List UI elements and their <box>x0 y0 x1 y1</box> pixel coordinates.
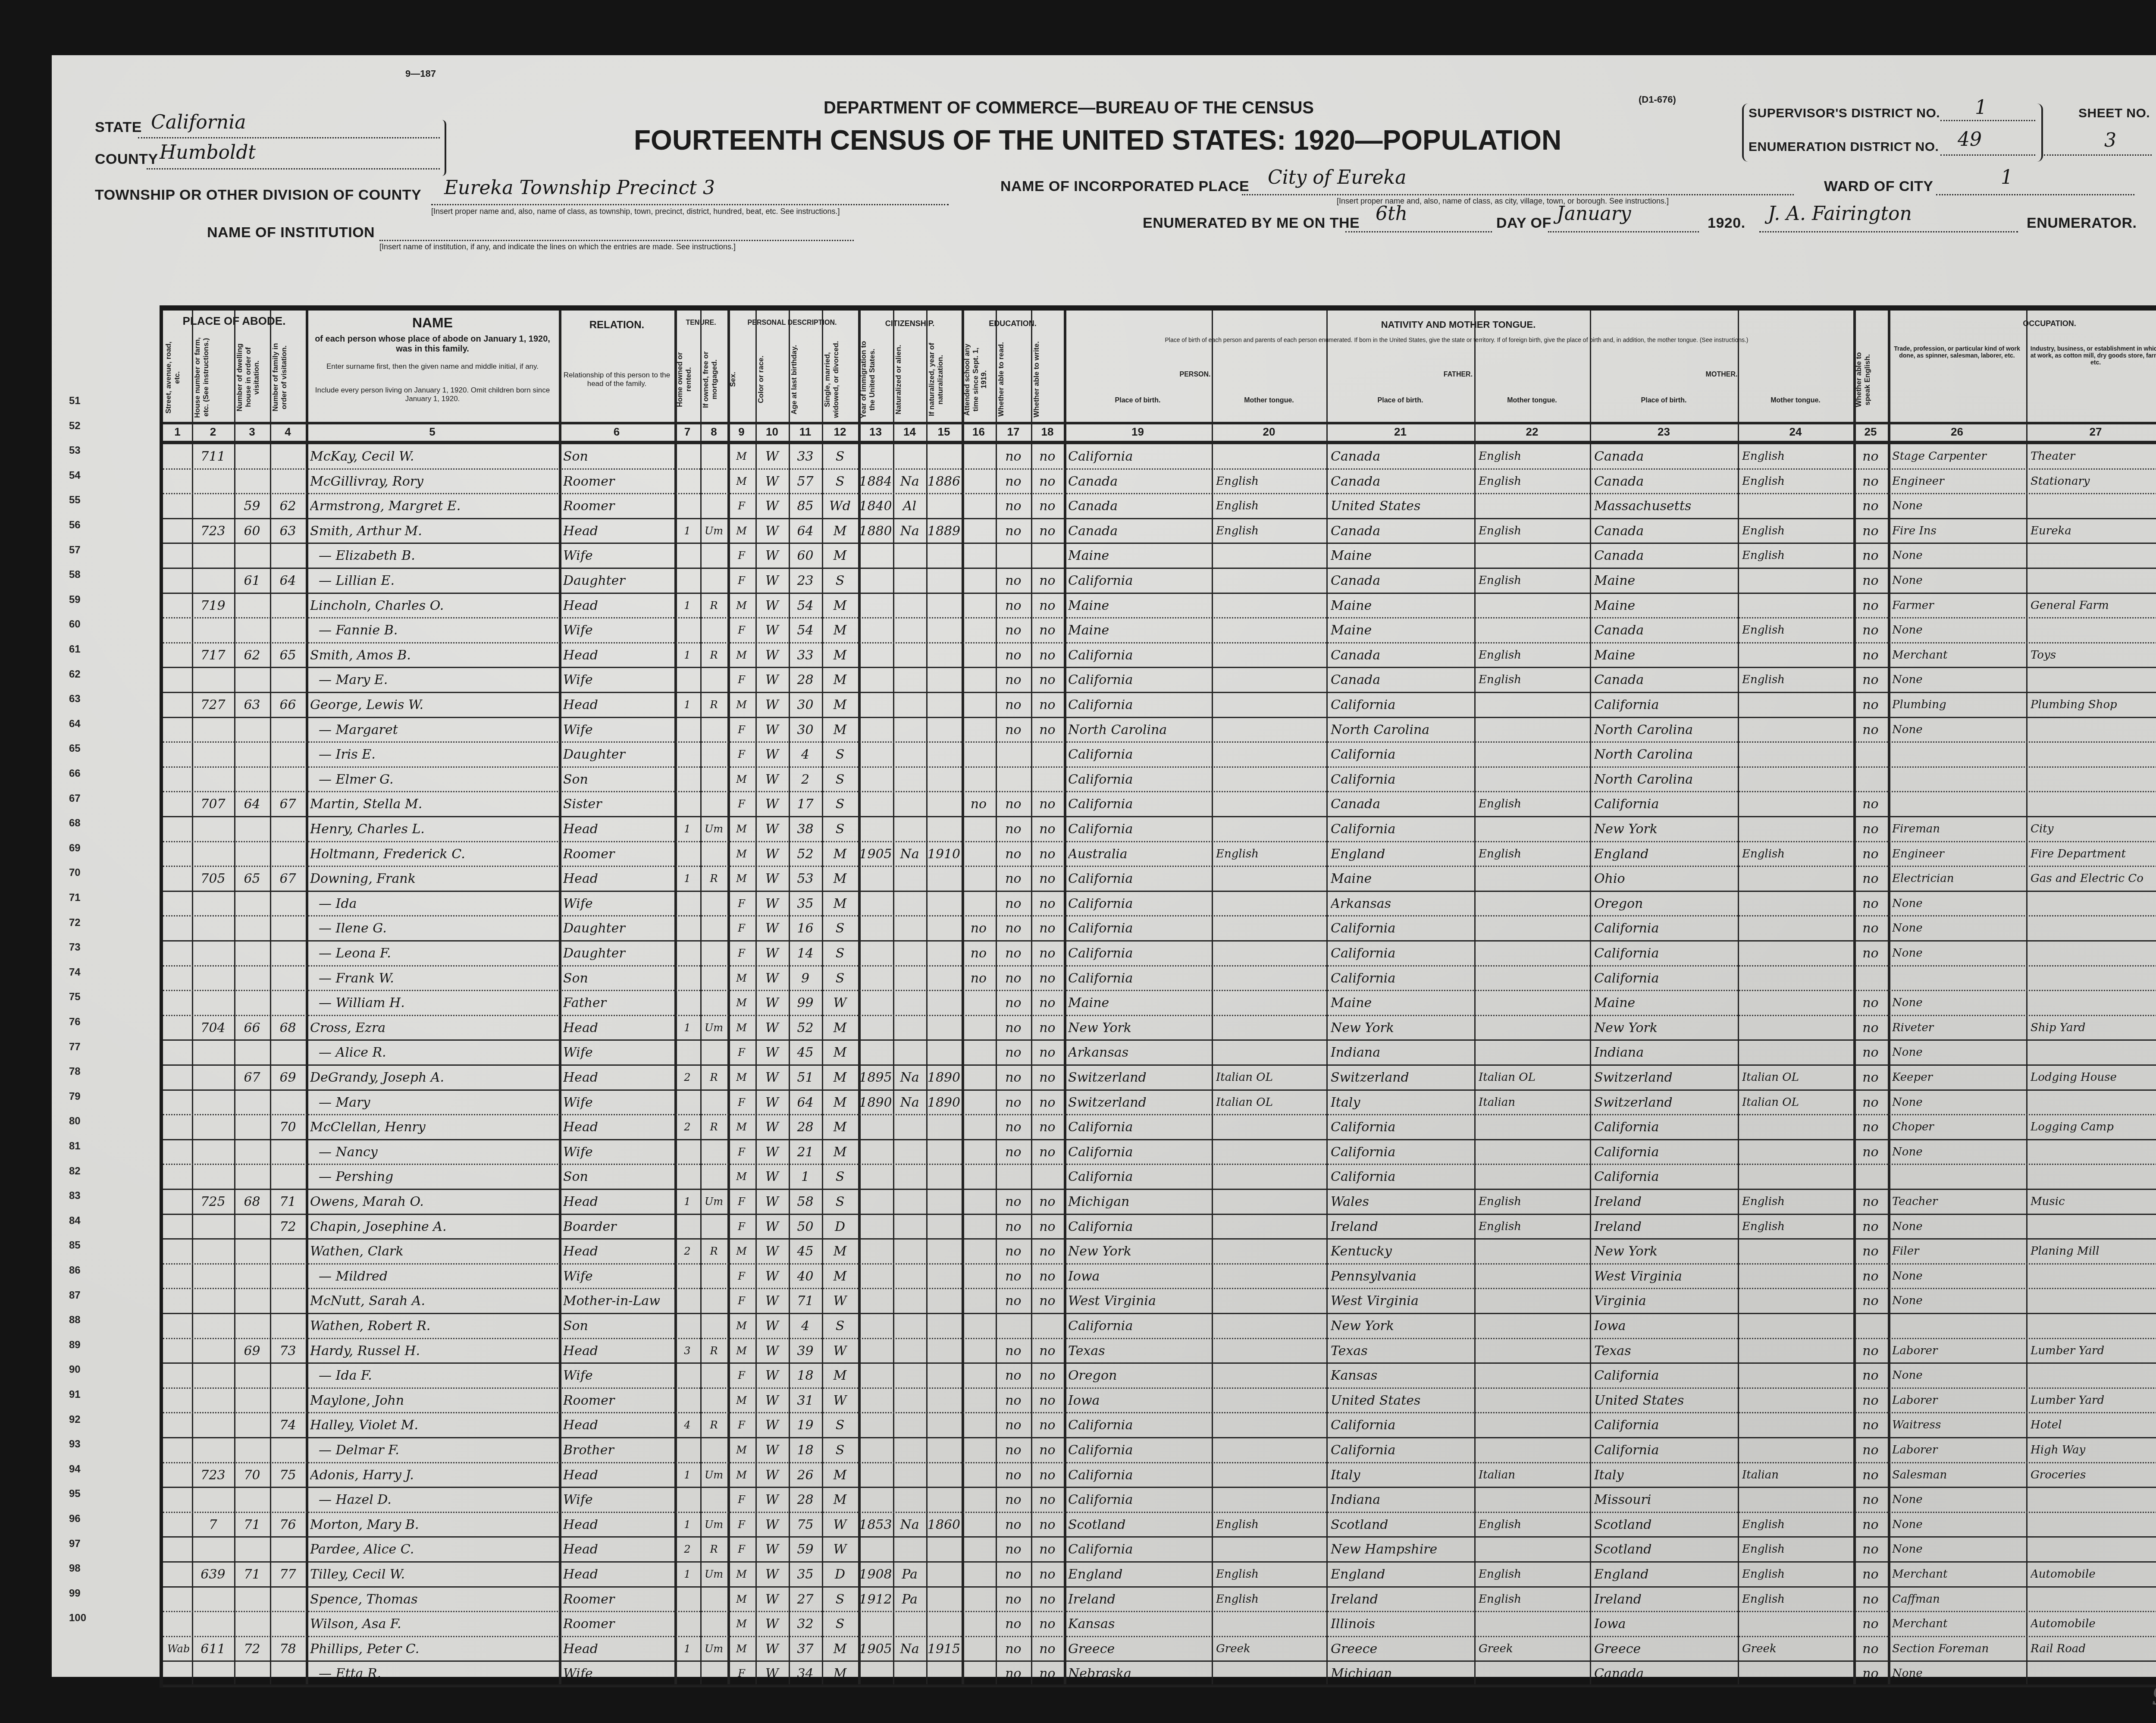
cell-dwelling: 68 <box>234 1189 270 1214</box>
cell-owned: 1 <box>674 1513 700 1537</box>
cell-trade: Teacher <box>1892 1189 2024 1214</box>
cell-race: W <box>755 1587 789 1612</box>
cell-read: no <box>996 1513 1031 1537</box>
cell-age: 30 <box>789 693 822 717</box>
cell-name: — Iris E. <box>310 742 566 767</box>
cell-family: 72 <box>270 1215 306 1239</box>
month-line <box>1548 231 1699 232</box>
cell-dwelling: 71 <box>234 1562 270 1587</box>
cell-m-tongue: English <box>1742 1587 1852 1612</box>
cell-f-pob: Texas <box>1331 1339 1473 1363</box>
cell-age: 4 <box>789 742 822 767</box>
cell-read: no <box>996 916 1031 941</box>
cell-natyear: 1889 <box>926 519 962 543</box>
cell-relation: Roomer <box>563 1388 673 1413</box>
cell-m-tongue: English <box>1742 444 1852 469</box>
cell-race: W <box>755 1488 789 1512</box>
cell-name: — Ida <box>310 891 566 916</box>
cell-read: no <box>996 1016 1031 1040</box>
cell-m-pob: West Virginia <box>1594 1264 1736 1289</box>
department-heading: DEPARTMENT OF COMMERCE—BUREAU OF THE CEN… <box>824 98 1314 118</box>
line-number-left: 93 <box>69 1438 81 1450</box>
cell-m-tongue: English <box>1742 519 1852 543</box>
cell-m-tongue: Italian OL <box>1742 1090 1852 1115</box>
cell-m-pob: Iowa <box>1594 1612 1736 1636</box>
cell-sex: F <box>727 1189 755 1214</box>
cell-relation: Daughter <box>563 568 673 593</box>
cell-industry: Logging Camp <box>2031 1115 2156 1139</box>
cell-m-pob: Ohio <box>1594 866 1736 891</box>
cell-trade: Laborer <box>1892 1388 2024 1413</box>
cell-relation: Wife <box>563 618 673 643</box>
cell-trade: Farmer <box>1892 593 2024 618</box>
cell-write: no <box>1031 1587 1064 1612</box>
cell-write: no <box>1031 891 1064 916</box>
cell-write: no <box>1031 792 1064 816</box>
cell-read: no <box>996 866 1031 891</box>
supervisor-label: SUPERVISOR'S DISTRICT NO. <box>1749 106 1940 121</box>
table-row: — Delmar F.BrotherMW18SnonoCaliforniaCal… <box>163 1438 2156 1463</box>
cell-marital: S <box>822 1314 858 1338</box>
cell-name: McNutt, Sarah A. <box>310 1289 557 1313</box>
cell-name: — Alice R. <box>310 1040 566 1065</box>
cell-house: 611 <box>192 1637 234 1661</box>
cell-f-pob: Maine <box>1331 593 1473 618</box>
cell-write: no <box>1031 1413 1064 1437</box>
cell-name: Martin, Stella M. <box>310 792 557 816</box>
cell-m-tongue: English <box>1742 1513 1852 1537</box>
cell-race: W <box>755 668 789 692</box>
cell-relation: Head <box>563 1115 673 1139</box>
cell-age: 54 <box>789 618 822 643</box>
cell-owned: 1 <box>674 643 700 668</box>
cell-pob: Maine <box>1068 991 1210 1015</box>
cell-marital: S <box>822 941 858 966</box>
cell-relation: Mother-in-Law <box>563 1289 673 1313</box>
cell-age: 4 <box>789 1314 822 1338</box>
cell-read: no <box>996 1140 1031 1164</box>
column-number: 27 <box>2026 425 2156 439</box>
cell-mortgage: Um <box>700 519 727 543</box>
cell-m-tongue: English <box>1742 668 1852 692</box>
cell-pob: California <box>1068 1537 1210 1562</box>
cell-read: no <box>996 668 1031 692</box>
cell-name: — Fannie B. <box>310 618 566 643</box>
cell-pob: Maine <box>1068 618 1210 643</box>
cell-read: no <box>996 1488 1031 1512</box>
cell-industry: Groceries <box>2031 1463 2156 1488</box>
cell-name: — Frank W. <box>310 966 566 991</box>
institution-hint: [Insert name of institution, if any, and… <box>379 242 940 251</box>
cell-f-pob: England <box>1331 1562 1473 1587</box>
cell-marital: S <box>822 767 858 792</box>
line-number-left: 61 <box>69 643 81 656</box>
cell-relation: Wife <box>563 1090 673 1115</box>
cell-name: Smith, Arthur M. <box>310 519 557 543</box>
cell-relation: Boarder <box>563 1215 673 1239</box>
township-value: Eureka Township Precinct 3 <box>444 177 715 199</box>
cell-english: no <box>1853 916 1888 941</box>
cell-write: no <box>1031 1463 1064 1488</box>
cell-trade: None <box>1892 1661 2024 1686</box>
cell-m-pob: North Carolina <box>1594 742 1736 767</box>
cell-sex: M <box>727 1463 755 1488</box>
cell-age: 26 <box>789 1463 822 1488</box>
line-number-left: 85 <box>69 1240 81 1252</box>
cell-race: W <box>755 842 789 866</box>
cell-marital: W <box>822 1339 858 1363</box>
cell-read: no <box>996 643 1031 668</box>
state-value: California <box>151 111 246 133</box>
table-row: 72Chapin, Josephine A.BoarderFW50DnonoCa… <box>163 1215 2156 1240</box>
cell-tongue: English <box>1216 494 1325 518</box>
cell-relation: Head <box>563 519 673 543</box>
cell-marital: M <box>822 1040 858 1065</box>
cell-owned: 1 <box>674 1463 700 1488</box>
township-hint: [Insert proper name and, also, name of c… <box>431 207 949 216</box>
cell-tongue: English <box>1216 1562 1325 1587</box>
cell-trade: None <box>1892 1264 2024 1289</box>
supervisor-line <box>1940 120 2035 121</box>
line-number-left: 58 <box>69 569 81 581</box>
cell-read: no <box>996 1537 1031 1562</box>
cell-family: 73 <box>270 1339 306 1363</box>
cell-read: no <box>996 693 1031 717</box>
column-number: 2 <box>192 425 234 439</box>
cell-relation: Head <box>563 866 673 891</box>
cell-age: 2 <box>789 767 822 792</box>
cell-relation: Son <box>563 1314 673 1338</box>
cell-race: W <box>755 1065 789 1090</box>
cell-write: no <box>1031 1189 1064 1214</box>
county-value: Humboldt <box>160 141 256 163</box>
cell-age: 14 <box>789 941 822 966</box>
cell-marital: M <box>822 593 858 618</box>
cell-f-tongue: English <box>1479 1513 1588 1537</box>
cell-relation: Head <box>563 1562 673 1587</box>
cell-m-pob: Canada <box>1594 668 1736 692</box>
cell-pob: California <box>1068 792 1210 816</box>
cell-industry: Planing Mill <box>2031 1239 2156 1264</box>
line-number-left: 63 <box>69 693 81 705</box>
cell-m-pob: California <box>1594 1363 1736 1388</box>
cell-write: no <box>1031 1115 1064 1139</box>
cell-nat: Na <box>893 842 926 866</box>
line-number-left: 79 <box>69 1091 81 1103</box>
cell-f-pob: Kentucky <box>1331 1239 1473 1264</box>
cell-m-tongue: English <box>1742 1215 1852 1239</box>
cell-f-tongue: Italian <box>1479 1090 1588 1115</box>
cell-sex: F <box>727 543 755 568</box>
cell-family: 78 <box>270 1637 306 1661</box>
line-number-left: 70 <box>69 867 81 879</box>
cell-race: W <box>755 1463 789 1488</box>
township-label: TOWNSHIP OR OTHER DIVISION OF COUNTY <box>95 187 421 204</box>
cell-age: 58 <box>789 1189 822 1214</box>
cell-m-tongue: English <box>1742 543 1852 568</box>
cell-f-pob: Michigan <box>1331 1661 1473 1686</box>
cell-read: no <box>996 1189 1031 1214</box>
table-row: 719Lincholn, Charles O.Head1RMW54MnonoMa… <box>163 593 2156 618</box>
column-number: 26 <box>1888 425 2026 439</box>
cell-english: no <box>1853 1661 1888 1686</box>
table-row: 7076467Martin, Stella M.SisterFW17Snonon… <box>163 792 2156 817</box>
line-number-left: 64 <box>69 718 81 730</box>
cell-f-pob: Maine <box>1331 618 1473 643</box>
cell-m-pob: England <box>1594 842 1736 866</box>
column-header: Place of birth. <box>1591 397 1736 418</box>
state-field-line <box>138 137 440 138</box>
cell-f-pob: Maine <box>1331 866 1473 891</box>
cell-trade: None <box>1892 916 2024 941</box>
cell-name: — Mary <box>310 1090 566 1115</box>
cell-sex: M <box>727 1065 755 1090</box>
cell-write: no <box>1031 1562 1064 1587</box>
cell-mortgage: R <box>700 866 727 891</box>
cell-f-pob: Scotland <box>1331 1513 1473 1537</box>
cell-name: Chapin, Josephine A. <box>310 1215 557 1239</box>
table-row: — Frank W.SonMW9SnononoCaliforniaCalifor… <box>163 966 2156 991</box>
cell-owned: 1 <box>674 1637 700 1661</box>
column-number: 17 <box>996 425 1031 439</box>
enumeration-district: 49 <box>1958 129 1982 151</box>
table-row: — Hazel D.WifeFW28MnonoCaliforniaIndiana… <box>163 1488 2156 1513</box>
cell-house: 725 <box>192 1189 234 1214</box>
table-row: — Leona F.DaughterFW14SnononoCaliforniaC… <box>163 941 2156 966</box>
cell-read: no <box>996 1339 1031 1363</box>
year-label: 1920. <box>1708 215 1745 232</box>
cell-natyear: 1886 <box>926 469 962 494</box>
cell-mortgage: R <box>700 1339 727 1363</box>
incorporated-value: City of Eureka <box>1268 166 1406 188</box>
cell-trade: Merchant <box>1892 1612 2024 1636</box>
cell-marital: M <box>822 1016 858 1040</box>
line-number-left: 68 <box>69 817 81 829</box>
cell-relation: Wife <box>563 1488 673 1512</box>
line-number-left: 62 <box>69 668 81 681</box>
cell-name: — Lillian E. <box>310 568 566 593</box>
cell-marital: S <box>822 817 858 841</box>
bottom-note: 9189 <box>2152 1681 2156 1711</box>
cell-race: W <box>755 1363 789 1388</box>
cell-f-pob: California <box>1331 1140 1473 1164</box>
supervisor-district: 1 <box>1975 97 1987 119</box>
cell-pob: Michigan <box>1068 1189 1210 1214</box>
cell-marital: M <box>822 866 858 891</box>
cell-relation: Head <box>563 1537 673 1562</box>
cell-sex: M <box>727 469 755 494</box>
cell-marital: W <box>822 1537 858 1562</box>
column-number: 23 <box>1590 425 1738 439</box>
cell-marital: Wd <box>822 494 858 518</box>
cell-sex: F <box>727 1140 755 1164</box>
cell-nat: Na <box>893 1090 926 1115</box>
cell-mortgage: R <box>700 693 727 717</box>
cell-sex: F <box>727 494 755 518</box>
cell-mortgage: R <box>700 1413 727 1437</box>
cell-m-tongue: English <box>1742 618 1852 643</box>
cell-age: 31 <box>789 1388 822 1413</box>
cell-f-pob: Maine <box>1331 991 1473 1015</box>
header-name-desc1: of each person whose place of abode on J… <box>312 334 553 354</box>
column-number: 16 <box>962 425 996 439</box>
cell-f-pob: New Hampshire <box>1331 1537 1473 1562</box>
cell-m-pob: Missouri <box>1594 1488 1736 1512</box>
cell-pob: Kansas <box>1068 1612 1210 1636</box>
cell-marital: M <box>822 1115 858 1139</box>
cell-race: W <box>755 1115 789 1139</box>
cell-write: no <box>1031 1215 1064 1239</box>
cell-name: Adonis, Harry J. <box>310 1463 557 1488</box>
cell-family: 67 <box>270 866 306 891</box>
table-row: Maylone, JohnRoomerMW31WnonoIowaUnited S… <box>163 1388 2156 1413</box>
cell-m-pob: California <box>1594 916 1736 941</box>
cell-dwelling: 65 <box>234 866 270 891</box>
column-header: Number of dwelling house in order of vis… <box>235 336 269 418</box>
cell-house: 717 <box>192 643 234 668</box>
line-number-left: 95 <box>69 1488 81 1500</box>
cell-read: no <box>996 941 1031 966</box>
cell-f-pob: Ireland <box>1331 1215 1473 1239</box>
cell-m-pob: California <box>1594 966 1736 991</box>
cell-family: 65 <box>270 643 306 668</box>
cell-pob: California <box>1068 742 1210 767</box>
cell-age: 18 <box>789 1363 822 1388</box>
cell-trade: None <box>1892 1090 2024 1115</box>
cell-industry: Hotel <box>2031 1413 2156 1437</box>
cell-read: no <box>996 519 1031 543</box>
cell-marital: S <box>822 469 858 494</box>
cell-age: 16 <box>789 916 822 941</box>
cell-f-tongue: English <box>1479 1189 1588 1214</box>
cell-write: no <box>1031 866 1064 891</box>
cell-relation: Roomer <box>563 469 673 494</box>
cell-owned: 2 <box>674 1065 700 1090</box>
cell-f-pob: Pennsylvania <box>1331 1264 1473 1289</box>
cell-natyear: 1890 <box>926 1090 962 1115</box>
cell-m-pob: Massachusetts <box>1594 494 1736 518</box>
cell-f-pob: Kansas <box>1331 1363 1473 1388</box>
cell-f-tongue: English <box>1479 1587 1588 1612</box>
line-number-left: 52 <box>69 420 81 432</box>
cell-f-tongue: English <box>1479 842 1588 866</box>
cell-mortgage: Um <box>700 1463 727 1488</box>
cell-immig: 1853 <box>858 1513 893 1537</box>
cell-race: W <box>755 1164 789 1189</box>
table-row: 70McClellan, HenryHead2RMW28MnonoCalifor… <box>163 1115 2156 1140</box>
column-header: Whether able to write. <box>1032 341 1062 418</box>
cell-age: 28 <box>789 1115 822 1139</box>
cell-pob: Iowa <box>1068 1264 1210 1289</box>
column-number: 3 <box>234 425 270 439</box>
cell-industry: Lodging House <box>2031 1065 2156 1090</box>
table-row: McGillivray, RoryRoomerMW57S1884Na1886no… <box>163 469 2156 494</box>
cell-pob: California <box>1068 817 1210 841</box>
cell-age: 34 <box>789 1661 822 1686</box>
cell-natyear: 1915 <box>926 1637 962 1661</box>
cell-race: W <box>755 1239 789 1264</box>
header-personal: PERSONAL DESCRIPTION. <box>727 319 857 327</box>
cell-trade: Fireman <box>1892 817 2024 841</box>
cell-industry: Automobile <box>2031 1562 2156 1587</box>
cell-sex: F <box>727 1363 755 1388</box>
cell-sex: F <box>727 1289 755 1313</box>
cell-write: no <box>1031 519 1064 543</box>
cell-house: 704 <box>192 1016 234 1040</box>
column-number: 24 <box>1738 425 1853 439</box>
cell-race: W <box>755 1339 789 1363</box>
cell-age: 28 <box>789 1488 822 1512</box>
cell-marital: M <box>822 1363 858 1388</box>
cell-trade: None <box>1892 718 2024 742</box>
line-number-left: 97 <box>69 1538 81 1550</box>
cell-house: 719 <box>192 593 234 618</box>
column-header: Home owned or rented. <box>676 341 699 418</box>
cell-race: W <box>755 593 789 618</box>
cell-sex: M <box>727 444 755 469</box>
cell-read: no <box>996 1562 1031 1587</box>
cell-read: no <box>996 1463 1031 1488</box>
line-number-left: 88 <box>69 1314 81 1326</box>
cell-age: 35 <box>789 1562 822 1587</box>
cell-race: W <box>755 618 789 643</box>
cell-mortgage: R <box>700 1537 727 1562</box>
ward-label: WARD OF CITY <box>1824 178 1933 195</box>
cell-english: no <box>1853 1463 1888 1488</box>
cell-trade: Section Foreman <box>1892 1637 2024 1661</box>
table-row: — PershingSonMW1SCaliforniaCaliforniaCal… <box>163 1164 2156 1189</box>
cell-marital: S <box>822 742 858 767</box>
cell-trade: Engineer <box>1892 469 2024 494</box>
cell-age: 28 <box>789 668 822 692</box>
cell-sex: F <box>727 568 755 593</box>
cell-english: no <box>1853 1637 1888 1661</box>
cell-m-pob: California <box>1594 792 1736 816</box>
column-header: Whether able to speak English. <box>1855 341 1887 418</box>
column-number: 13 <box>858 425 893 439</box>
cell-age: 59 <box>789 1537 822 1562</box>
cell-family: 74 <box>270 1413 306 1437</box>
cell-sex: M <box>727 1637 755 1661</box>
cell-f-pob: United States <box>1331 1388 1473 1413</box>
cell-f-tongue: English <box>1479 1562 1588 1587</box>
cell-sex: M <box>727 1164 755 1189</box>
cell-industry: Gas and Electric Co <box>2031 866 2156 891</box>
line-number-left: 99 <box>69 1588 81 1600</box>
cell-pob: California <box>1068 1488 1210 1512</box>
cell-f-tongue: English <box>1479 519 1588 543</box>
cell-marital: M <box>822 618 858 643</box>
column-header: Single, married, widowed, or divorced. <box>823 341 857 418</box>
cell-sex: F <box>727 1264 755 1289</box>
cell-pob: Ireland <box>1068 1587 1210 1612</box>
column-header: Year of immigration to the United States… <box>859 341 892 418</box>
cell-family: 69 <box>270 1065 306 1090</box>
line-number-left: 53 <box>69 445 81 457</box>
column-number: 18 <box>1031 425 1064 439</box>
cell-mortgage: R <box>700 1065 727 1090</box>
cell-f-tongue: English <box>1479 568 1588 593</box>
column-number: 7 <box>674 425 700 439</box>
cell-pob: California <box>1068 1463 1210 1488</box>
cell-race: W <box>755 1090 789 1115</box>
cell-write: no <box>1031 1388 1064 1413</box>
cell-dwelling: 62 <box>234 643 270 668</box>
cell-name: Lincholn, Charles O. <box>310 593 557 618</box>
cell-sex: F <box>727 1413 755 1437</box>
cell-nat: Pa <box>893 1562 926 1587</box>
cell-english: no <box>1853 519 1888 543</box>
